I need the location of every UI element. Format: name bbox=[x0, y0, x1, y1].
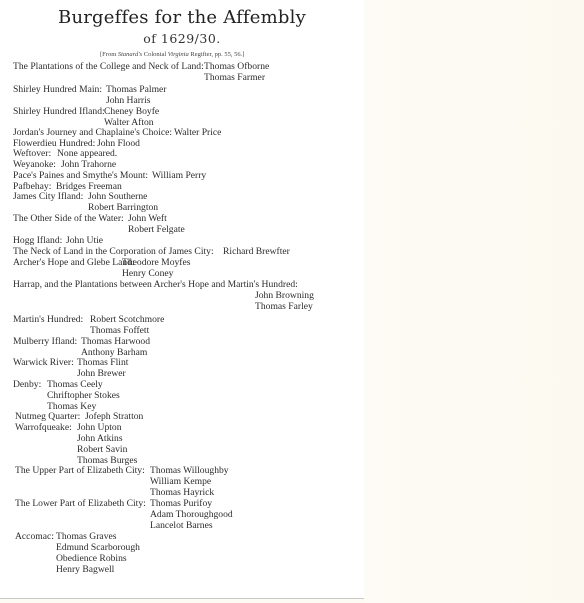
burgess-name: Thomas Ofborne bbox=[204, 61, 269, 72]
place-label: James City Ifland: bbox=[13, 191, 83, 202]
place-label: Jordan's Journey and Chaplaine's Choice: bbox=[13, 127, 172, 138]
burgess-name: Adam Thoroughgood bbox=[150, 509, 233, 520]
place-label: The Plantations of the College and Neck … bbox=[13, 61, 204, 72]
burgess-name: Theodore Moyfes bbox=[122, 257, 190, 268]
place-label: Mulberry Ifland: bbox=[13, 336, 77, 347]
place-label: The Upper Part of Elizabeth City: bbox=[15, 465, 145, 476]
burgess-name: Thomas Farley bbox=[255, 301, 313, 312]
burgess-name: John Upton bbox=[77, 422, 122, 433]
burgess-name: Thomas Hayrick bbox=[150, 487, 214, 498]
burgess-name: John Trahorne bbox=[61, 159, 116, 170]
place-label: Martin's Hundred: bbox=[13, 314, 83, 325]
burgess-name: Chriftopher Stokes bbox=[47, 390, 120, 401]
burgess-name: Henry Coney bbox=[122, 268, 173, 279]
burgess-name: Thomas Graves bbox=[56, 531, 116, 542]
burgess-name: John Harris bbox=[106, 95, 151, 106]
page-title: Burgeffes for the Affembly bbox=[0, 7, 364, 28]
burgess-name: Edmund Scarborough bbox=[56, 542, 140, 553]
place-label: Hogg Ifland: bbox=[13, 235, 62, 246]
burgess-name: Thomas Ceely bbox=[47, 379, 103, 390]
burgess-name: John Brewer bbox=[77, 368, 126, 379]
burgess-name: Thomas Palmer bbox=[106, 84, 166, 95]
place-label: Shirley Hundred Ifland: bbox=[13, 106, 105, 117]
burgess-name: Thomas Purifoy bbox=[150, 498, 212, 509]
burgess-name: William Kempe bbox=[150, 476, 211, 487]
place-label: Weftover: bbox=[13, 148, 51, 159]
burgess-name: Henry Bagwell bbox=[56, 564, 114, 575]
burgess-name: Walter Price bbox=[174, 127, 221, 138]
burgess-name: Thomas Harwood bbox=[81, 336, 150, 347]
place-label: Warwick River: bbox=[13, 357, 74, 368]
place-label: Shirley Hundred Main: bbox=[13, 84, 102, 95]
burgess-name: None appeared. bbox=[57, 148, 117, 159]
place-label: Warrofqueake: bbox=[15, 422, 72, 433]
place-label: Archer's Hope and Glebe Land: bbox=[13, 257, 135, 268]
source-citation: [From Stanard's Colonial Virginia Regift… bbox=[100, 51, 244, 58]
burgess-name: John Atkins bbox=[77, 433, 123, 444]
place-label: Pace's Paines and Smythe's Mount: bbox=[13, 170, 148, 181]
place-label: Accomac: bbox=[15, 531, 54, 542]
place-label: The Lower Part of Elizabeth City: bbox=[15, 498, 146, 509]
place-label: The Other Side of the Water: bbox=[13, 213, 124, 224]
burgess-name: Cheney Boyfe bbox=[104, 106, 159, 117]
place-label: Weyanoke: bbox=[13, 159, 56, 170]
burgess-name: Thomas Foffett bbox=[90, 325, 149, 336]
burgess-name: John Utie bbox=[66, 235, 103, 246]
burgess-name: John Browning bbox=[255, 290, 314, 301]
burgess-name: Robert Savin bbox=[77, 444, 127, 455]
burgess-name: Robert Scotchmore bbox=[90, 314, 164, 325]
place-label: Nutmeg Quarter: bbox=[15, 411, 80, 422]
burgess-name: Jofeph Stratton bbox=[85, 411, 143, 422]
burgess-name: John Weft bbox=[128, 213, 167, 224]
burgess-name: Thomas Farmer bbox=[204, 72, 265, 83]
burgess-name: Richard Brewfter bbox=[223, 246, 290, 257]
place-label: Denby: bbox=[13, 379, 41, 390]
place-label: Harrap, and the Plantations between Arch… bbox=[13, 279, 298, 290]
scan-background bbox=[364, 0, 584, 603]
burgess-name: Robert Barrington bbox=[88, 202, 158, 213]
burgess-name: Thomas Flint bbox=[77, 357, 128, 368]
burgess-name: John Southerne bbox=[88, 191, 147, 202]
burgess-name: William Perry bbox=[152, 170, 206, 181]
burgess-name: Obedience Robins bbox=[56, 553, 127, 564]
page-subtitle: of 1629/30. bbox=[0, 31, 364, 46]
place-label: The Neck of Land in the Corporation of J… bbox=[13, 246, 214, 257]
burgess-name: Thomas Willoughby bbox=[150, 465, 229, 476]
burgess-name: Robert Felgate bbox=[128, 224, 185, 235]
burgess-name: Lancelot Barnes bbox=[150, 520, 213, 531]
document-page: Burgeffes for the Affembly of 1629/30. [… bbox=[0, 0, 364, 599]
